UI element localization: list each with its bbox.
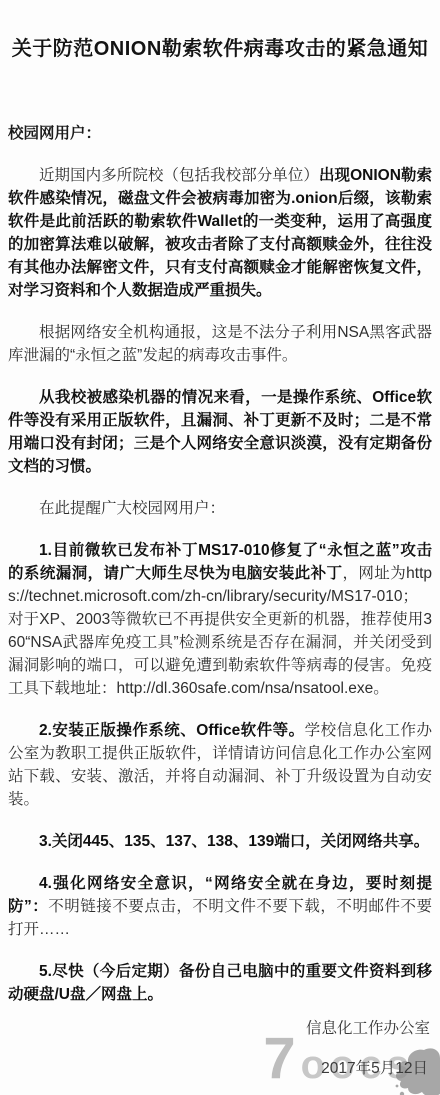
bold-text-run: 出现ONION勒索软件感染情况，磁盘文件会被病毒加密为.onion后缀，该勒索软… — [8, 167, 432, 299]
text-run: 根据网络安全机构通报，这是不法分子利用NSA黑客武器库泄漏的“永恒之蓝”发起的病… — [8, 324, 432, 364]
text-run: 在此提醒广大校园网用户： — [39, 500, 225, 517]
date: 2017年5月12日 — [321, 1056, 428, 1078]
paragraph: 根据网络安全机构通报，这是不法分子利用NSA黑客武器库泄漏的“永恒之蓝”发起的病… — [8, 321, 432, 367]
salutation: 校园网用户： — [8, 122, 432, 145]
signature: 信息化工作办公室 — [306, 1016, 430, 1038]
paragraph: 5.尽快（今后定期）备份自己电脑中的重要文件资料到移动硬盘/U盘／网盘上。 — [8, 960, 432, 1006]
paragraph: 在此提醒广大校园网用户： — [8, 497, 432, 520]
text-run: 不明链接不要点击，不明文件不要下载，不明邮件不要打开…… — [8, 898, 432, 938]
paragraph: 2.安装正版操作系统、Office软件等。学校信息化工作办公室为教职工提供正版软… — [8, 719, 432, 811]
bold-text-run: 2.安装正版操作系统、Office软件等。 — [39, 722, 305, 739]
paragraph: 4.强化网络安全意识，“网络安全就在身边，要时刻提防”：不明链接不要点击，不明文… — [8, 872, 432, 941]
bold-text-run: 3.关闭445、135、137、138、139端口，关闭网络共享。 — [39, 833, 429, 850]
paragraph: 从我校被感染机器的情况来看，一是操作系统、Office软件等没有采用正版软件，且… — [8, 386, 432, 478]
page-title: 关于防范ONION勒索软件病毒攻击的紧急通知 — [8, 36, 432, 62]
text-run: ，网址为https://technet.microsoft.com/zh-cn/… — [8, 565, 432, 697]
paragraph: 1.目前微软已发布补丁MS17-010修复了“永恒之蓝”攻击的系统漏洞，请广大师… — [8, 539, 432, 700]
text-run: 近期国内多所院校（包括我校部分单位） — [39, 167, 319, 184]
notice-body: 近期国内多所院校（包括我校部分单位）出现ONION勒索软件感染情况，磁盘文件会被… — [0, 164, 440, 1006]
paragraph: 3.关闭445、135、137、138、139端口，关闭网络共享。 — [8, 830, 432, 853]
notice-document: 关于防范ONION勒索软件病毒攻击的紧急通知 校园网用户： 近期国内多所院校（包… — [0, 0, 440, 1095]
bold-text-run: 5.尽快（今后定期）备份自己电脑中的重要文件资料到移动硬盘/U盘／网盘上。 — [8, 963, 432, 1003]
bold-text-run: 从我校被感染机器的情况来看，一是操作系统、Office软件等没有采用正版软件，且… — [8, 389, 432, 475]
paragraph: 近期国内多所院校（包括我校部分单位）出现ONION勒索软件感染情况，磁盘文件会被… — [8, 164, 432, 302]
